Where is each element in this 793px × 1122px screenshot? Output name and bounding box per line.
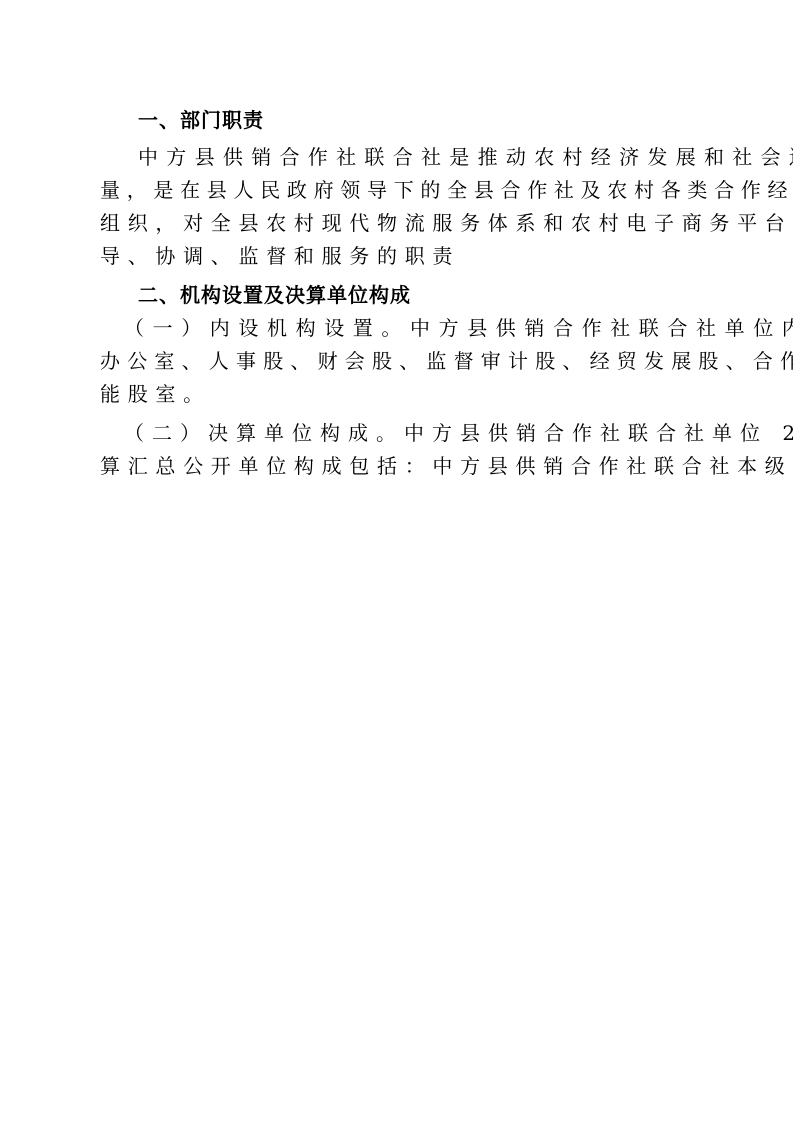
paragraph-line: 中方县供销合作社联合社是推动农村经济发展和社会进步的重要力 (138, 145, 793, 169)
paragraph-line: （一）内设机构设置。中方县供销合作社联合社单位内设机构包括： (124, 316, 793, 340)
paragraph-line: 算汇总公开单位构成包括：中方县供销合作社联合社本级。 (100, 454, 793, 478)
paragraph-line: 组织，对全县农村现代物流服务体系和农村电子商务平台负有组织、指 (100, 211, 793, 235)
paragraph-line: 办公室、人事股、财会股、监督审计股、经贸发展股、合作安全股 6 个职 (100, 349, 793, 373)
paragraph-line: 导、协调、监督和服务的职责 (100, 244, 460, 268)
document-page: 一、部门职责 中方县供销合作社联合社是推动农村经济发展和社会进步的重要力 量，是… (0, 0, 793, 1122)
paragraph-line: 量，是在县人民政府领导下的全县合作社及农村各类合作经济组织的联合 (100, 178, 793, 202)
section-heading-organization: 二、机构设置及决算单位构成 (138, 283, 411, 307)
paragraph-line: 能股室。 (100, 382, 211, 406)
paragraph-line: （二）决算单位构成。中方县供销合作社联合社单位 2024 年部门决 (124, 421, 793, 445)
section-heading-duties: 一、部门职责 (138, 108, 264, 132)
